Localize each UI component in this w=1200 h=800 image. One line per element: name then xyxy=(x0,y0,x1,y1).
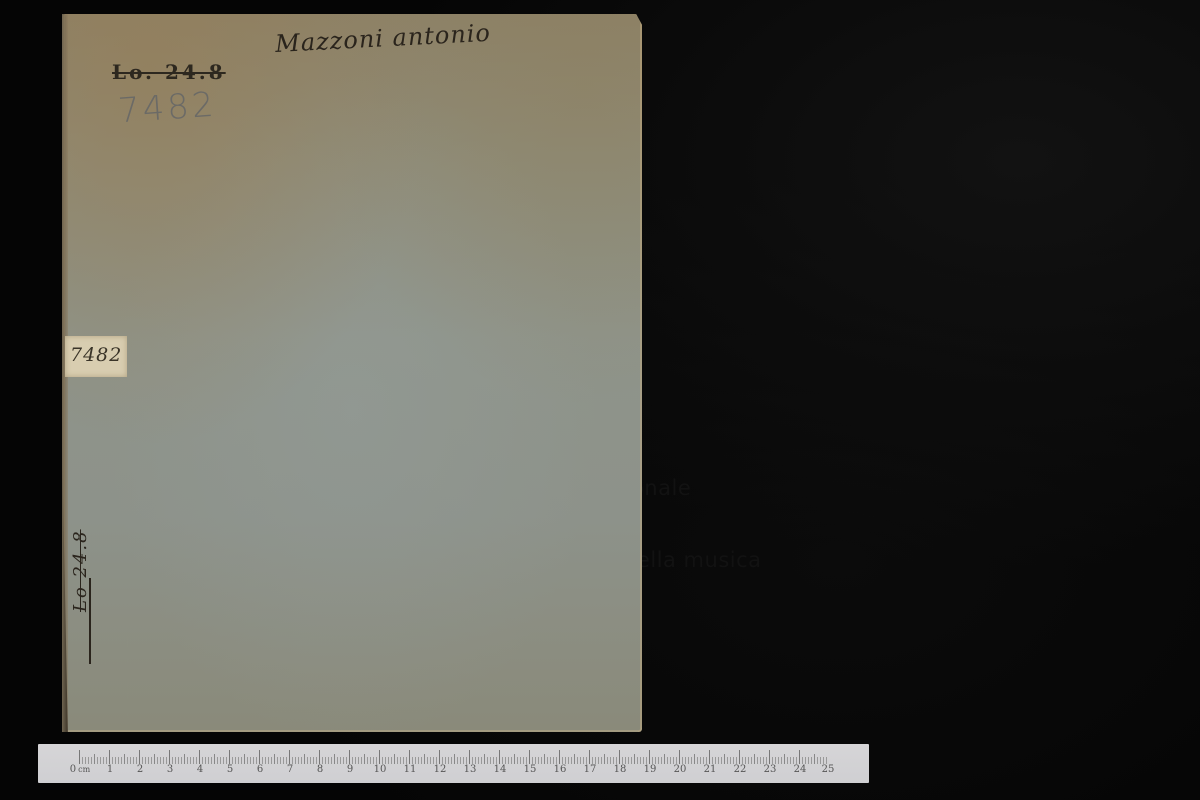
pencil-catalog-number: 7482 xyxy=(117,85,218,132)
ruler-labels: 0cm 1 2 3 4 5 6 7 8 9 10 11 12 13 14 15 … xyxy=(38,764,869,780)
ruler-label-6: 6 xyxy=(257,764,263,775)
ruler-label-11: 11 xyxy=(404,764,417,775)
ruler-label-15: 15 xyxy=(524,764,537,775)
ruler-label-9: 9 xyxy=(347,764,353,775)
ruler-label-8: 8 xyxy=(317,764,323,775)
ruler-label-12: 12 xyxy=(434,764,447,775)
ruler-label-10: 10 xyxy=(374,764,387,775)
ruler-label-18: 18 xyxy=(614,764,627,775)
spine-shelfmark: Lo 24.8 xyxy=(70,529,91,612)
ruler-label-1: 1 xyxy=(107,764,113,775)
ruler-label-19: 19 xyxy=(644,764,657,775)
ruler-label-17: 17 xyxy=(584,764,597,775)
ruler-label-5: 5 xyxy=(227,764,233,775)
ruler-label-7: 7 xyxy=(287,764,293,775)
ruler-label-3: 3 xyxy=(167,764,173,775)
ruler-label-20: 20 xyxy=(674,764,687,775)
ruler-label-23: 23 xyxy=(764,764,777,775)
measuring-ruler: 0cm 1 2 3 4 5 6 7 8 9 10 11 12 13 14 15 … xyxy=(38,744,869,783)
ruler-label-4: 4 xyxy=(197,764,203,775)
ruler-label-25: 25 xyxy=(822,764,835,775)
old-shelfmark-struck: Lo. 24.8 xyxy=(112,60,226,84)
ruler-label-16: 16 xyxy=(554,764,567,775)
ruler-label-0: 0cm xyxy=(70,764,90,775)
ruler-label-14: 14 xyxy=(494,764,507,775)
ruler-label-22: 22 xyxy=(734,764,747,775)
catalog-label-number: 7482 xyxy=(70,344,122,366)
ruler-label-13: 13 xyxy=(464,764,477,775)
ruler-label-21: 21 xyxy=(704,764,717,775)
ruler-ticks xyxy=(79,750,829,764)
ruler-label-24: 24 xyxy=(794,764,807,775)
ruler-label-2: 2 xyxy=(137,764,143,775)
